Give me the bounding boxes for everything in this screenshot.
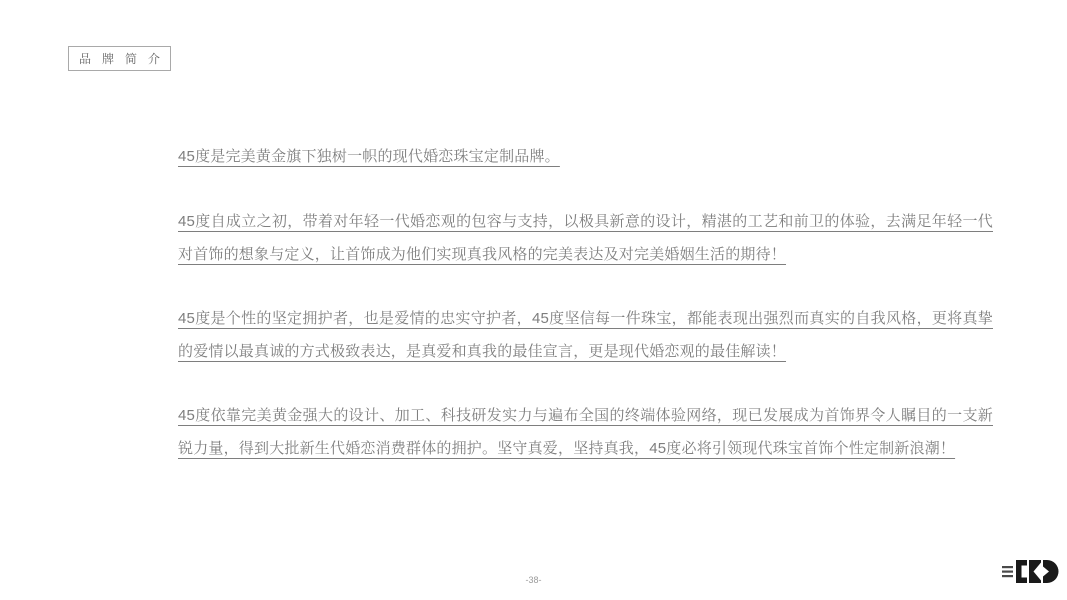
kd-logo-mark-icon: [1002, 556, 1060, 588]
brand-intro-paragraph-2: 45度自成立之初，带着对年轻一代婚恋观的包容与支持，以极具新意的设计，精湛的工艺…: [178, 205, 993, 271]
kd-logo: [1002, 556, 1060, 588]
page-number: -38-: [0, 575, 1067, 585]
section-title-box: 品牌简介: [68, 46, 171, 71]
brand-intro-paragraph-1: 45度是完美黄金旗下独树一帜的现代婚恋珠宝定制品牌。: [178, 140, 993, 173]
slide: 品牌简介 45度是完美黄金旗下独树一帜的现代婚恋珠宝定制品牌。 45度自成立之初…: [0, 0, 1067, 600]
brand-intro-paragraph-3: 45度是个性的坚定拥护者，也是爱情的忠实守护者，45度坚信每一件珠宝，都能表现出…: [178, 302, 993, 368]
section-title: 品牌简介: [68, 50, 171, 67]
brand-intro-paragraph-4: 45度依靠完美黄金强大的设计、加工、科技研发实力与遍布全国的终端体验网络，现已发…: [178, 399, 993, 465]
